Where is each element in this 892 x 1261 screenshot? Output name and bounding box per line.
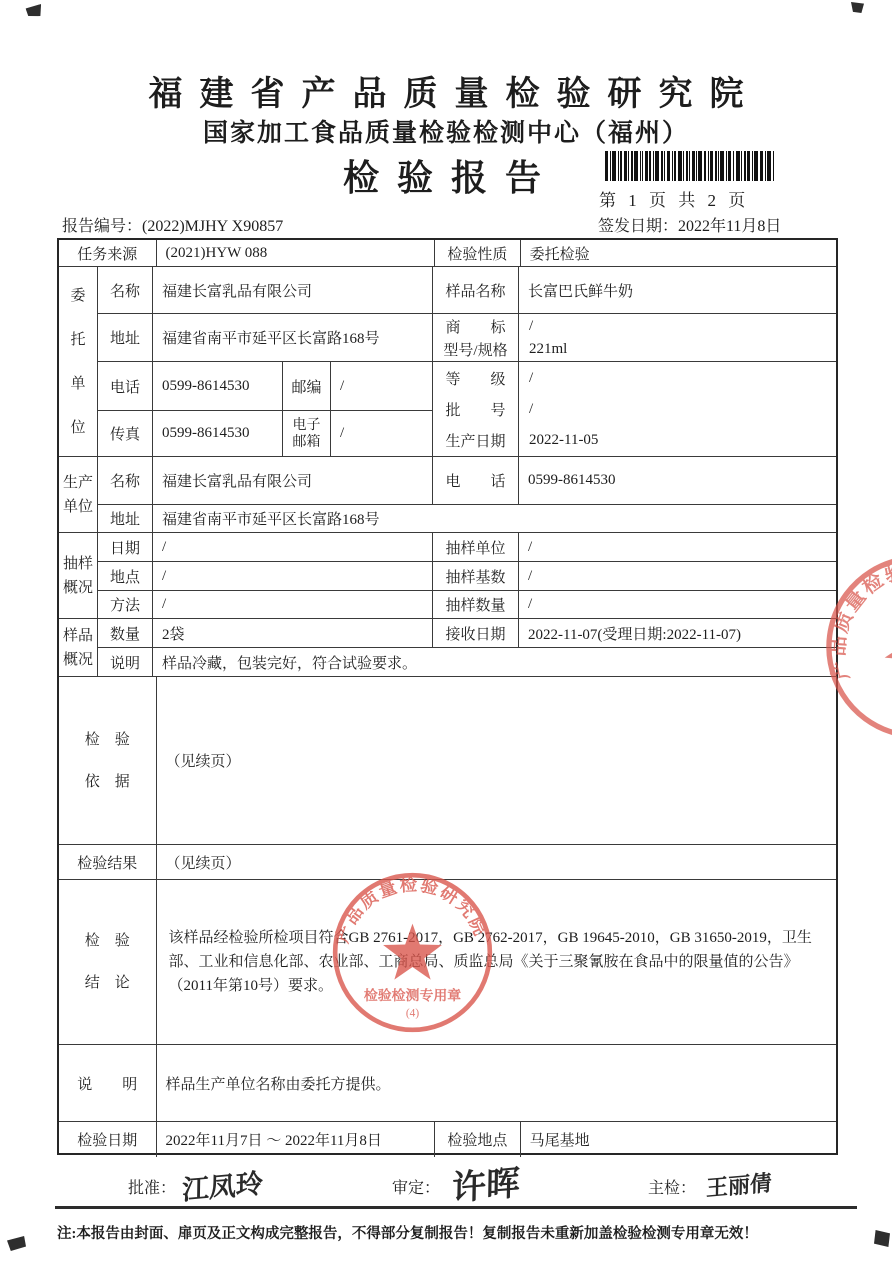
- sampling-date-label: 日期: [98, 533, 153, 562]
- overview-note-value: 样品冷藏，包装完好，符合试验要求。: [153, 648, 836, 677]
- nature-value: 委托检验: [521, 240, 836, 267]
- approve-label: 批准：: [128, 1175, 176, 1198]
- report-number-label: 报告编号：: [62, 218, 142, 235]
- overview-recv-label: 接收日期: [433, 619, 519, 648]
- scanned-report-page: 福建省产品质量检验研究院 国家加工食品质量检验检测中心（福州） 检验报告 第 1…: [0, 0, 892, 1261]
- client-fax-label: 传真: [98, 411, 153, 457]
- client-post-value: /: [331, 362, 433, 411]
- issue-date-value: 2022年11月8日: [678, 218, 781, 235]
- stamp-line-text: 检验检测专用章: [364, 987, 461, 1004]
- sample-brand-label: 商 标: [433, 314, 519, 338]
- test-place-label: 检验地点: [435, 1122, 521, 1157]
- sampling-unit-value: /: [519, 533, 836, 562]
- star-icon: [383, 924, 442, 980]
- client-email-value: /: [331, 411, 433, 457]
- producer-addr-value: 福建省南平市延平区长富路168号: [153, 505, 836, 533]
- issue-date-label: 签发日期：: [598, 218, 678, 235]
- sampling-qty-label: 抽样数量: [433, 591, 519, 619]
- sampling-block: 抽样 概况 日期 / 抽样单位 / 地点 / 抽样基数 / 方法 / 抽样数: [59, 533, 836, 619]
- client-fax-value: 0599-8614530: [153, 411, 283, 457]
- remark-value: 样品生产单位名称由委托方提供。: [157, 1045, 836, 1122]
- scan-mark-top-right: [851, 2, 864, 13]
- sampling-base-value: /: [519, 562, 836, 591]
- basis-value: （见续页）: [157, 677, 836, 845]
- producer-block: 生产 单位 名称 福建长富乳品有限公司 电 话 0599-8614530 地址 …: [59, 457, 836, 533]
- sample-prod-date-label: 生产日期: [433, 425, 519, 456]
- sampling-method-value: /: [153, 591, 433, 619]
- conclusion-text: 该样品经检验所检项目符合GB 2761-2017，GB 2762-2017，GB…: [157, 880, 837, 1045]
- producer-group-label: 生产 单位: [59, 457, 98, 533]
- sampling-place-value: /: [153, 562, 433, 591]
- client-name-value: 福建长富乳品有限公司: [153, 267, 433, 314]
- client-phone-label: 电话: [98, 362, 153, 411]
- sampling-place-label: 地点: [98, 562, 153, 591]
- producer-name-label: 名称: [98, 457, 153, 505]
- issue-date: 签发日期：2022年11月8日: [598, 213, 781, 236]
- client-group-label: 委 托 单 位: [59, 267, 98, 457]
- star-icon: [872, 601, 892, 692]
- task-source-label: 任务来源: [59, 240, 157, 267]
- remark-row: 说 明 样品生产单位名称由委托方提供。: [59, 1045, 836, 1122]
- inspection-stamp: 产品质量检验研究院 检验检测专用章 (4): [330, 870, 495, 1035]
- sampling-method-label: 方法: [98, 591, 153, 619]
- review-signature: 许晖: [452, 1155, 521, 1210]
- client-block: 委 托 单 位 名称 福建长富乳品有限公司 地址 福建省南平市延平区长富路168…: [59, 267, 836, 457]
- client-addr-label: 地址: [98, 314, 153, 362]
- basis-row: 检 验 依 据 （见续页）: [59, 677, 836, 845]
- client-phone-value: 0599-8614530: [153, 362, 283, 411]
- stamp-number: (4): [406, 1007, 419, 1019]
- producer-name-value: 福建长富乳品有限公司: [153, 457, 433, 505]
- scan-mark-bottom-right: [874, 1230, 890, 1247]
- basis-label: 检 验 依 据: [59, 677, 157, 845]
- test-place-value: 马尾基地: [521, 1122, 836, 1157]
- institute-title: 福建省产品质量检验研究院: [0, 66, 892, 115]
- footer-divider: [55, 1206, 857, 1209]
- producer-phone-value: 0599-8614530: [519, 457, 836, 505]
- sample-spec-label: 型号/规格: [433, 338, 519, 361]
- producer-addr-label: 地址: [98, 505, 153, 533]
- barcode: [605, 151, 775, 181]
- overview-qty-label: 数量: [98, 619, 153, 648]
- producer-phone-label: 电 话: [433, 457, 519, 505]
- scan-mark-top-left: [25, 4, 43, 18]
- overview-note-label: 说明: [98, 648, 153, 677]
- sample-name-value: 长富巴氏鲜牛奶: [519, 267, 836, 314]
- chief-label: 主检：: [648, 1175, 696, 1198]
- sample-grade-label: 等 级: [433, 362, 519, 394]
- sample-batch-label: 批 号: [433, 394, 519, 425]
- sampling-unit-label: 抽样单位: [433, 533, 519, 562]
- sample-name-label: 样品名称: [433, 267, 519, 314]
- result-label: 检验结果: [59, 845, 157, 880]
- footer-note: 注:本报告由封面、扉页及正文构成完整报告，不得部分复制报告！复制报告未重新加盖检…: [57, 1222, 857, 1243]
- remark-label: 说 明: [59, 1045, 157, 1122]
- sample-grade-value: /: [519, 362, 836, 394]
- overview-qty-value: 2袋: [153, 619, 433, 648]
- table-row: 任务来源 (2021)HYW 088 检验性质 委托检验: [59, 240, 836, 267]
- center-subtitle: 国家加工食品质量检验检测中心（福州）: [0, 113, 892, 149]
- test-date-label: 检验日期: [59, 1122, 157, 1157]
- report-number-value: (2022)MJHY X90857: [142, 218, 283, 235]
- client-addr-value: 福建省南平市延平区长富路168号: [153, 314, 433, 362]
- client-email-label: 电子 邮箱: [283, 411, 331, 457]
- approve-signature: 江凤玲: [182, 1161, 263, 1207]
- page-indicator: 第 1 页 共 2 页: [599, 186, 749, 211]
- sample-brand-value: /: [519, 314, 836, 338]
- sample-spec-value: 221ml: [519, 338, 836, 361]
- nature-label: 检验性质: [435, 240, 521, 267]
- test-date-value: 2022年11月7日 ～ 2022年11月8日: [157, 1122, 436, 1157]
- overview-group-label: 样品 概况: [59, 619, 98, 677]
- sample-batch-value: /: [519, 394, 836, 425]
- sampling-date-value: /: [153, 533, 433, 562]
- task-source-value: (2021)HYW 088: [157, 240, 436, 267]
- overview-recv-value: 2022-11-07(受理日期:2022-11-07): [519, 619, 836, 648]
- sampling-group-label: 抽样 概况: [59, 533, 98, 619]
- sampling-base-label: 抽样基数: [433, 562, 519, 591]
- client-name-label: 名称: [98, 267, 153, 314]
- client-post-label: 邮编: [283, 362, 331, 411]
- review-label: 审定：: [392, 1175, 440, 1198]
- report-number: 报告编号：(2022)MJHY X90857: [62, 213, 283, 236]
- result-value: （见续页）: [157, 845, 836, 880]
- conclusion-label: 检 验 结 论: [59, 880, 157, 1045]
- sample-prod-date-value: 2022-11-05: [519, 425, 836, 456]
- chief-signature: 王丽倩: [706, 1166, 772, 1203]
- scan-mark-bottom-left: [7, 1236, 26, 1251]
- test-date-row: 检验日期 2022年11月7日 ～ 2022年11月8日 检验地点 马尾基地: [59, 1122, 836, 1157]
- overview-block: 样品 概况 数量 2袋 接收日期 2022-11-07(受理日期:2022-11…: [59, 619, 836, 677]
